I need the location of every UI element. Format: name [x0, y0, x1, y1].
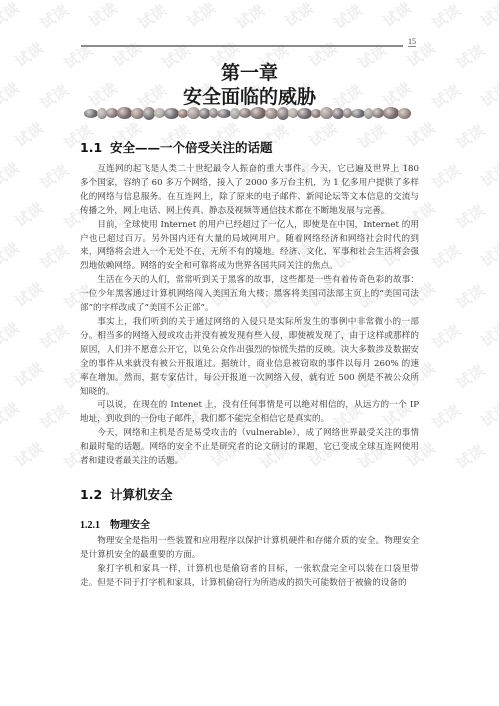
pebble-shape: [117, 107, 133, 119]
paragraph: 生活在今天的人们，常常听到关于黑客的故事，这些都是一些有着传奇色彩的故事：一位少…: [80, 274, 419, 316]
pebble-shape: [164, 108, 179, 119]
section-heading-1-1: 1.1安全——一个倍受关注的话题: [80, 138, 273, 156]
pebble-shape: [265, 108, 278, 119]
section-heading-1-2: 1.2计算机安全: [80, 485, 173, 503]
paragraph: 互连网的起飞是人类二十世纪最令人振奋的重大事件。今天，它已遍及世界上 180 多…: [80, 163, 419, 219]
paragraph: 今天，网络和主机是否是易受攻击的（vulnerable），成了网络世界最受关注的…: [80, 427, 419, 469]
paragraph: 象打字机和家具一样，计算机也是偷窃者的目标，一张软盘完全可以装在口袋里带走。但是…: [80, 563, 419, 591]
paragraph: 可以说，在现在的 Intenet 上，没有任何事情是可以绝对相信的，从远方的一个…: [80, 399, 419, 427]
book-page: 15 第一章 安全面临的威胁 1.1安全——一个倍受关注的话题 互连网的起飞是人…: [0, 0, 499, 706]
section-1-2-1-body: 物理安全是指用一些装置和应用程序以保护计算机硬件和存储介质的安全。物理安全是计算…: [80, 535, 419, 591]
pebble-shape: [383, 107, 399, 119]
pebble-shape: [187, 107, 200, 119]
subsection-heading-1-2-1: 1.2.1物理安全: [80, 516, 150, 531]
decorative-pebbles-divider: [84, 104, 410, 122]
pebble-shape: [84, 109, 98, 118]
pebble-shape: [398, 108, 411, 119]
pebble-shape: [217, 109, 231, 118]
page-number: 15: [408, 37, 416, 47]
section-number: 1.1: [80, 140, 110, 155]
chapter-number: 第一章: [0, 58, 499, 85]
pebble-shape: [297, 108, 312, 119]
paragraph: 事实上，我们听到的关于通过网络的入侵只是实际所发生的事例中非常微小的一部分。相当…: [80, 316, 419, 399]
subsection-title: 物理安全: [110, 520, 150, 531]
subsection-number: 1.2.1: [80, 520, 110, 531]
section-title: 安全——一个倍受关注的话题: [110, 140, 273, 155]
header-rule: [81, 45, 403, 47]
section-1-1-body: 互连网的起飞是人类二十世纪最令人振奋的重大事件。今天，它已遍及世界上 180 多…: [80, 163, 419, 469]
pebble-shape: [106, 108, 118, 118]
paragraph: 目前，全球使用 Internet 的用户已经超过了一亿人，即使是在中国，Inte…: [80, 219, 419, 275]
pebble-shape: [277, 107, 289, 120]
pebble-shape: [351, 109, 365, 118]
paragraph: 物理安全是指用一些装置和应用程序以保护计算机硬件和存储介质的安全。物理安全是计算…: [80, 535, 419, 563]
section-title: 计算机安全: [110, 487, 173, 502]
section-number: 1.2: [80, 487, 110, 502]
pebble-shape: [250, 107, 266, 119]
